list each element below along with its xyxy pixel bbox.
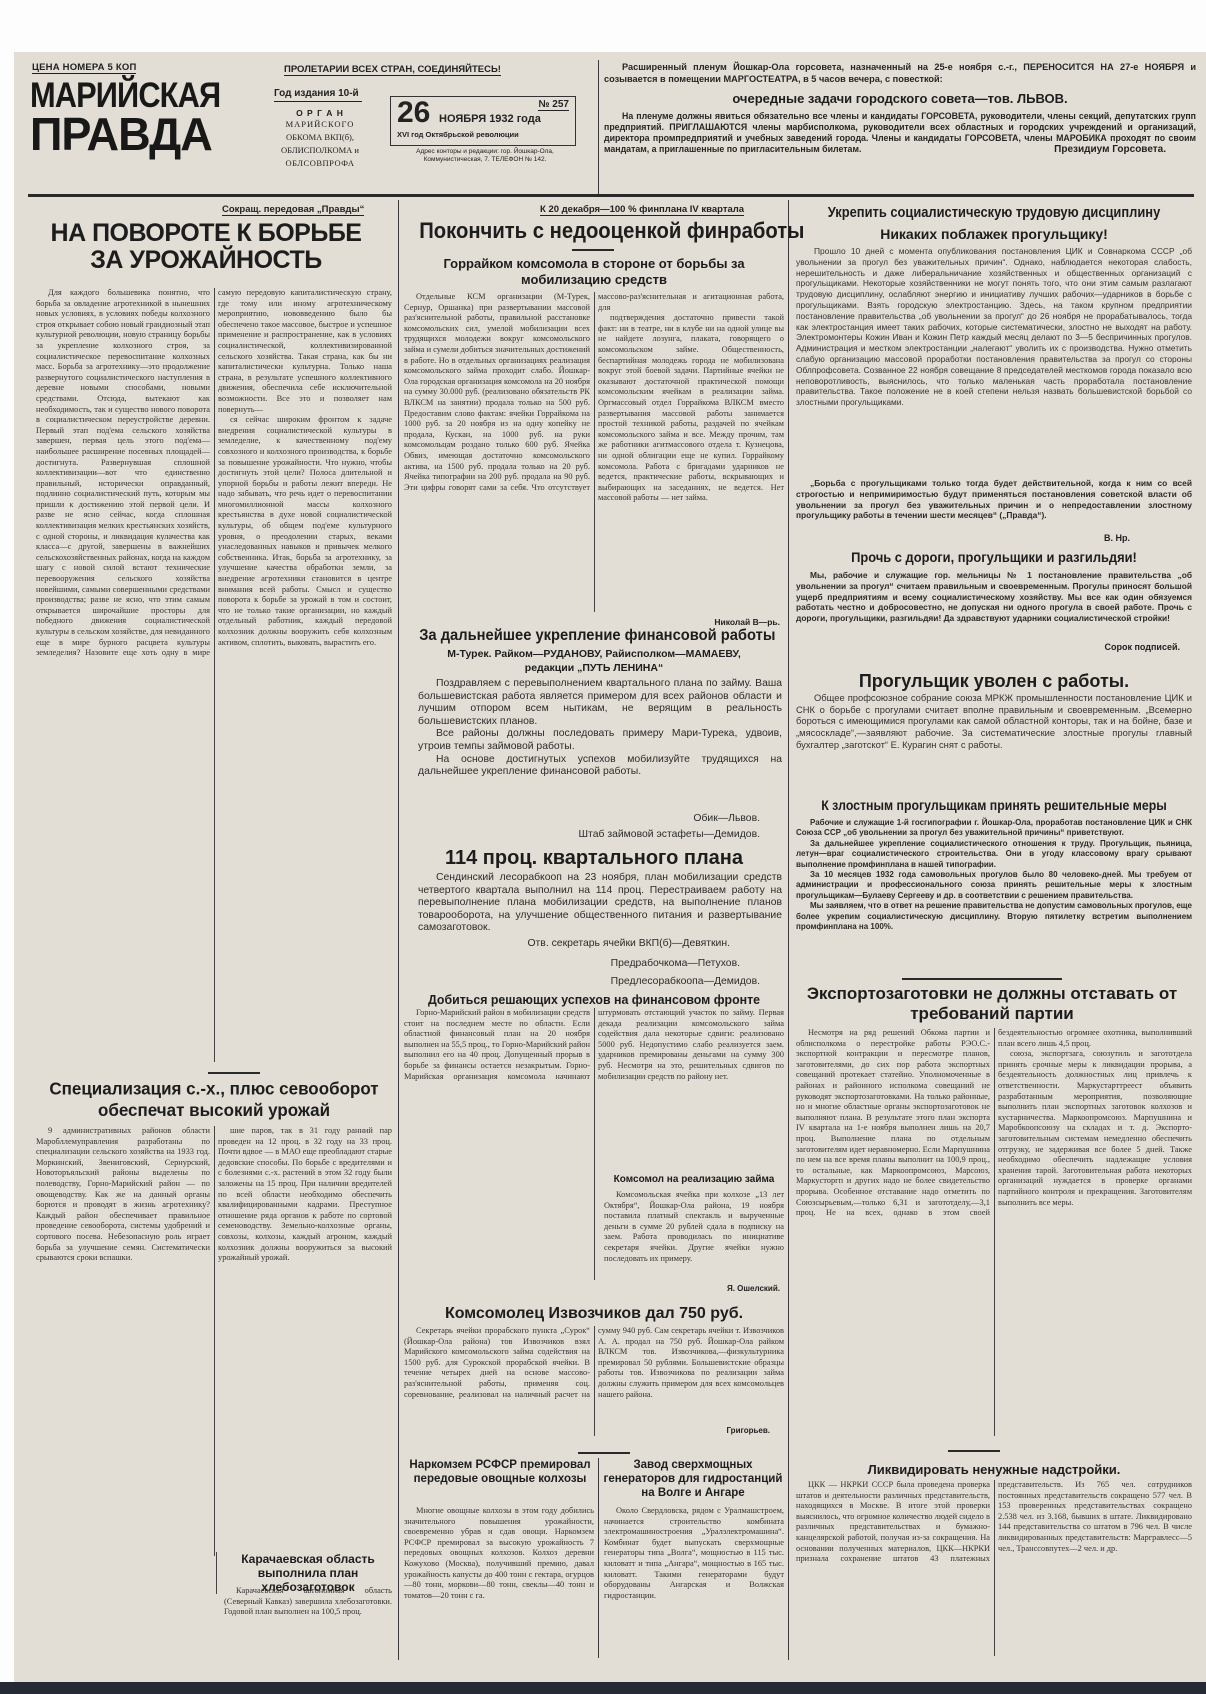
114-percent-body: Сендинский лесорабкооп на 23 ноября, пла… <box>418 872 782 935</box>
slogan: ПРОЛЕТАРИИ ВСЕХ СТРАН, СОЕДИНЯЙТЕСЬ! <box>284 64 501 76</box>
signature: Сорок подписей. <box>1000 642 1180 652</box>
article-text: Сендинский лесорабкооп на 23 ноября, пла… <box>418 872 782 935</box>
article-text: Многие овощные колхозы в этом году добил… <box>404 1506 594 1601</box>
fired-body: Общее профсоюзное собрание союза МРКЖ пр… <box>796 692 1192 751</box>
finwork-subhead: Горрайком комсомола в стороне от борьбы … <box>404 256 784 288</box>
generators-headline: Завод сверхмощных генераторов для гидрос… <box>602 1458 784 1500</box>
finwork-headline: Покончить с недооценкой финработы <box>419 218 769 244</box>
column-divider <box>398 200 399 1660</box>
column-divider <box>598 1458 599 1658</box>
article-text: Секретарь ячейки прорабского пункта „Сур… <box>404 1326 784 1400</box>
measures-body: Рабочие и служащие 1-й госгипографии г. … <box>796 818 1192 932</box>
organ-line: ОБЛИСПОЛКОМА и <box>270 144 370 157</box>
addressee-line: редакции „ПУТЬ ЛЕНИНА“ <box>404 662 784 674</box>
signature: Я. Ошелский. <box>600 1284 780 1293</box>
discipline-body: Прошло 10 дней с момента опубликования п… <box>796 246 1192 472</box>
date-day: 26 <box>397 97 430 129</box>
away-headline: Прочь с дороги, прогульщики и разгильдяи… <box>810 548 1178 566</box>
izvozchikov-headline: Комсомолец Извозчиков дал 750 руб. <box>404 1304 784 1324</box>
measures-headline: К злостным прогульщикам принять решитель… <box>818 796 1170 814</box>
article-text: Поздравляем с перевыполнением квартально… <box>418 678 782 728</box>
komsomol-loan-subhead: Комсомол на реализацию займа <box>604 1174 784 1185</box>
date-box: № 257 26 НОЯБРЯ 1932 года XVI год Октябр… <box>390 96 576 146</box>
section-rule <box>572 249 614 251</box>
section-rule <box>578 1452 630 1454</box>
article-text: Рабочие и служащие 1-й госгипографии г. … <box>796 818 1192 839</box>
greeting-body: Поздравляем с перевыполнением квартально… <box>418 678 782 779</box>
newspaper-logo: МАРИЙСКАЯ ПРАВДА <box>30 78 258 160</box>
plenum-notice: Расширенный пленум Йошкар-Ола горсовета,… <box>604 62 1196 155</box>
quote-text: „Борьба с прогульщиками только тогда буд… <box>796 478 1192 521</box>
superstructures-body: ЦКК — НКРКИ СССР была проведена проверка… <box>796 1480 1192 1656</box>
finfront-headline: Добиться решающих успехов на финансовом … <box>414 992 775 1008</box>
away-body: Мы, рабочие и служащие гор. мельницы № 1… <box>796 570 1192 624</box>
section-rule <box>948 1450 1000 1452</box>
export-headline: Экспортозаготовки не должны отставать от… <box>796 984 1188 1024</box>
article-text: подтверждения достаточно привести такой … <box>598 313 784 504</box>
revolution-year: XVI год Октябрьской революции <box>397 130 519 139</box>
fin-strengthening-headline: За дальнейшее укрепление финансовой рабо… <box>419 626 769 646</box>
article-text: Общее профсоюзное собрание союза МРКЖ пр… <box>796 692 1192 751</box>
pravda-quote: „Борьба с прогульщиками только тогда буд… <box>796 478 1192 521</box>
signature: Обик—Львов. <box>560 813 760 826</box>
specialization-headline: Специализация с.-х., плюс севооборот обе… <box>36 1079 392 1121</box>
superstructures-headline: Ликвидировать ненужные надстройки. <box>794 1462 1194 1478</box>
section-rule <box>208 1072 260 1074</box>
komsomol-loan-body: Комсомольская ячейка при колхозе „13 лет… <box>604 1190 784 1282</box>
date-month-year: НОЯБРЯ 1932 года <box>439 113 541 125</box>
finwork-body: Отдельные КСМ организации (М-Турек, Серн… <box>404 292 784 612</box>
organ-line: ОБКОМА ВКП(б), <box>270 131 370 144</box>
article-text: Прошло 10 дней с момента опубликования п… <box>796 246 1192 408</box>
article-text: Комсомольская ячейка при колхозе „13 лет… <box>604 1190 784 1264</box>
article-text: На основе достигнутых успехов мобилизуйт… <box>418 754 782 779</box>
article-text: Все районы должны последовать примеру Ма… <box>418 728 782 753</box>
discipline-headline: Укрепить социалистическую трудовую дисци… <box>822 204 1166 222</box>
notice-text: Расширенный пленум Йошкар-Ола горсовета,… <box>604 62 1196 85</box>
signature: Предлесорабкоопа—Демидов. <box>400 976 760 989</box>
lead-headline: НА ПОВОРОТЕ К БОРЬБЕ ЗА УРОЖАЙНОСТЬ <box>36 220 376 274</box>
article-text: За 10 месяцев 1932 года самовольных прог… <box>796 870 1192 901</box>
article-text: 9 административных районов области Мароб… <box>36 1126 210 1264</box>
organ-line: МАРИЙСКОГО <box>270 118 370 131</box>
office-address: Адрес конторы и редакции: гор. Йошкар-Ол… <box>410 148 560 164</box>
lead-article-body: Для каждого большевика понятно, что борь… <box>36 288 392 1062</box>
signature: Григорьев. <box>600 1426 770 1435</box>
signature: В. Нр. <box>980 533 1130 543</box>
article-text: Карачаевская автономная область (Северны… <box>224 1586 392 1618</box>
masthead-rule <box>28 194 1194 197</box>
specialization-body: 9 административных районов области Мароб… <box>36 1126 392 1556</box>
narkomzem-body: Многие овощные колхозы в этом году добил… <box>404 1506 594 1656</box>
signature: Предрабочкома—Петухов. <box>400 958 740 971</box>
price-label: ЦЕНА НОМЕРА 5 КОП <box>32 62 136 74</box>
article-text: ся сейчас широким фронтом к задаче внедр… <box>218 415 392 648</box>
114-percent-headline: 114 проц. квартального плана <box>404 846 784 870</box>
section-rule <box>902 978 1062 980</box>
article-text: союза, экспортзага, союзутиль и загототд… <box>998 1049 1192 1208</box>
signature: Штаб займовой эстафеты—Демидов. <box>500 829 760 842</box>
signature: Отв. секретарь ячейки ВКП(б)—Девяткин. <box>400 938 730 951</box>
organ-line: ОБЛСОВПРОФА <box>270 157 370 170</box>
addressee-line: М-Турек. Райком—РУДАНОВУ, Райисполком—МА… <box>404 648 784 660</box>
article-text: За дальнейшее укрепление социалистическо… <box>796 839 1192 870</box>
masthead-divider <box>598 60 599 194</box>
narkomzem-headline: Наркомзем РСФСР премировал передовые ово… <box>404 1458 596 1486</box>
logo-line2: ПРАВДА <box>30 112 253 156</box>
column-divider <box>788 200 789 1660</box>
export-body: Несмотря на ряд решений Обкома партии и … <box>796 1028 1192 1436</box>
karachay-body: Карачаевская автономная область (Северны… <box>224 1586 392 1618</box>
article-text: Мы, рабочие и служащие гор. мельницы № 1… <box>796 570 1192 624</box>
kicker-pravda: Сокращ. передовая „Правды“ <box>222 204 364 216</box>
year-of-publication: Год издания 10-й <box>274 88 362 102</box>
fired-headline: Прогульщик уволен с работы. <box>794 670 1194 692</box>
article-text: Горно-Марийский район в мобилизации сред… <box>404 1008 784 1082</box>
article-text: Около Свердловска, рядом с Уралмашстроем… <box>604 1506 784 1601</box>
generators-body: Около Свердловска, рядом с Уралмашстроем… <box>604 1506 784 1656</box>
izvozchikov-body: Секретарь ячейки прорабского пункта „Сур… <box>404 1326 784 1436</box>
article-text: ЦКК — НКРКИ СССР была проведена проверка… <box>796 1480 1192 1565</box>
article-text: Мы заявляем, что в ответ на решение прав… <box>796 901 1192 932</box>
organ-label: О Р Г А Н <box>270 108 370 118</box>
notice-agenda: очередные задачи городского совета—тов. … <box>604 91 1196 106</box>
kicker-finplan: К 20 декабря—100 % финплана IV квартала <box>540 204 744 216</box>
article-text: шие паров, так в 31 году ранний пар пров… <box>218 1126 392 1264</box>
organ-block: О Р Г А Н МАРИЙСКОГО ОБКОМА ВКП(б), ОБЛИ… <box>270 108 370 170</box>
discipline-subhead: Никаких поблажек прогульщику! <box>794 226 1194 243</box>
issue-number: № 257 <box>538 99 569 111</box>
scan-bottom-edge <box>0 1682 1206 1694</box>
